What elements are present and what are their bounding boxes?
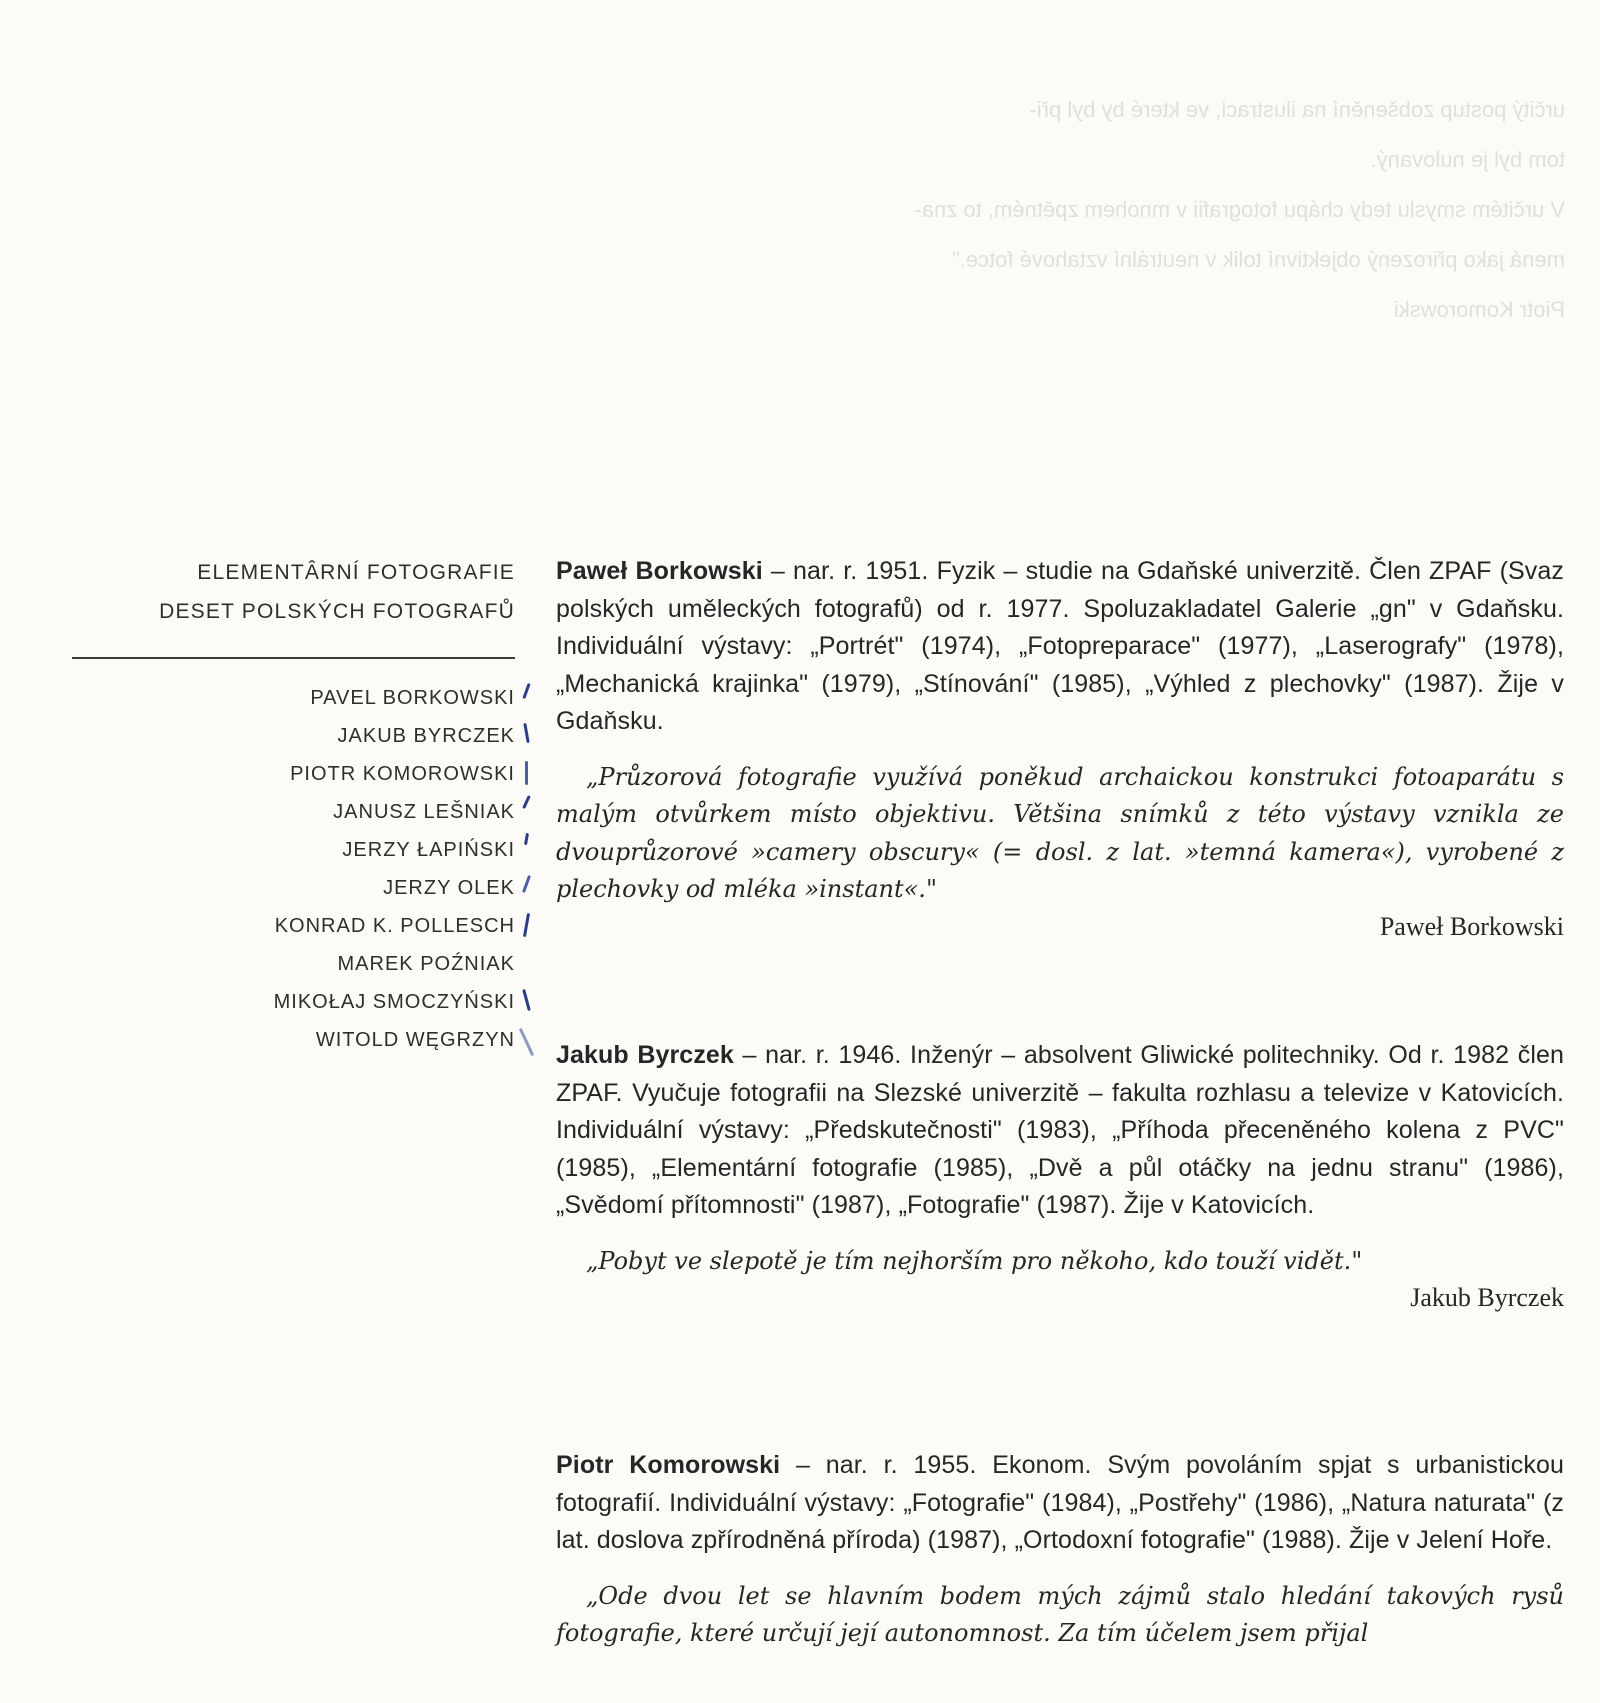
photographer-name-bold: Paweł Borkowski (556, 557, 763, 585)
photographer-item: JANUSZ LEŠNIAK (70, 793, 515, 831)
photographer-item: MAREK POŹNIAK (70, 945, 515, 983)
pen-tick-mark-icon (522, 683, 530, 699)
photographer-name: JERZY ŁAPIŃSKI (342, 839, 515, 861)
photographer-item: JERZY ŁAPIŃSKI (70, 831, 515, 869)
main-content: Paweł Borkowski – nar. r. 1951. Fyzik – … (556, 553, 1564, 1653)
photographer-name: JERZY OLEK (383, 877, 515, 899)
photographer-item: MIKOŁAJ SMOCZYŃSKI (70, 983, 515, 1021)
pen-tick-mark-icon (523, 913, 530, 937)
quote: „Ode dvou let se hlavním bodem mých zájm… (556, 1578, 1564, 1653)
series-title-line-2: DESET POLSKÝCH FOTOGRAFŮ (70, 592, 515, 631)
pen-tick-mark-icon (522, 875, 531, 893)
pen-tick-mark-icon (524, 833, 529, 845)
pen-tick-mark-icon (523, 723, 529, 743)
bleed-line: mená jako přirozený objektivní tolik v n… (555, 242, 1565, 278)
photographer-item: WITOLD WĘGRZYN (70, 1021, 515, 1059)
photographer-name: JAKUB BYRCZEK (338, 725, 515, 747)
photographer-item: PIOTR KOMOROWSKI (70, 755, 515, 793)
pen-tick-mark-icon (519, 1028, 534, 1056)
entry-byrczek: Jakub Byrczek – nar. r. 1946. Inženýr – … (556, 1037, 1564, 1447)
bleed-line: určitý postup zobšenění na ilustraci, ve… (555, 92, 1565, 128)
pen-tick-mark-icon (522, 795, 531, 809)
photographer-item: JAKUB BYRCZEK (70, 717, 515, 755)
photographer-item: JERZY OLEK (70, 869, 515, 907)
quote: „Pobyt ve slepotě je tím nejhorším pro n… (556, 1243, 1564, 1281)
photographer-name-bold: Piotr Komorowski (556, 1451, 780, 1479)
quote-signature: Paweł Borkowski (556, 909, 1564, 945)
bleed-through-text: určitý postup zobšenění na ilustraci, ve… (555, 92, 1565, 342)
photographer-name: PAVEL BORKOWSKI (310, 687, 515, 709)
photographer-list: PAVEL BORKOWSKI JAKUB BYRCZEK PIOTR KOMO… (70, 679, 515, 1059)
divider-rule (72, 657, 515, 659)
entry-borkowski: Paweł Borkowski – nar. r. 1951. Fyzik – … (556, 553, 1564, 1037)
bleed-line: V určitém smyslu tedy chápu fotografii v… (555, 192, 1565, 228)
pen-tick-mark-icon (522, 989, 531, 1011)
bio-paragraph: Jakub Byrczek – nar. r. 1946. Inženýr – … (556, 1037, 1564, 1225)
photographer-name-bold: Jakub Byrczek (556, 1041, 734, 1069)
bio-paragraph: Piotr Komorowski – nar. r. 1955. Ekonom.… (556, 1447, 1564, 1560)
photographer-name: KONRAD K. POLLESCH (275, 915, 515, 937)
quote: „Průzorová fotografie využívá poněkud ar… (556, 759, 1564, 909)
bio-paragraph: Paweł Borkowski – nar. r. 1951. Fyzik – … (556, 553, 1564, 741)
photographer-item: KONRAD K. POLLESCH (70, 907, 515, 945)
photographer-name: MIKOŁAJ SMOCZYŃSKI (274, 991, 515, 1013)
pen-tick-mark-icon (525, 761, 528, 785)
photographer-name: PIOTR KOMOROWSKI (290, 763, 515, 785)
entry-komorowski: Piotr Komorowski – nar. r. 1955. Ekonom.… (556, 1447, 1564, 1653)
photographer-name: JANUSZ LEŠNIAK (333, 801, 515, 823)
quote-signature: Jakub Byrczek (556, 1280, 1564, 1316)
series-title-line-1: ELEMENTÂRNÍ FOTOGRAFIE (70, 553, 515, 592)
photographer-item: PAVEL BORKOWSKI (70, 679, 515, 717)
bleed-line: Piotr Komorowski (555, 292, 1565, 328)
bleed-line: tom byl je nulovaný. (555, 142, 1565, 178)
photographer-name: MAREK POŹNIAK (338, 953, 515, 975)
photographer-name: WITOLD WĘGRZYN (316, 1029, 515, 1051)
sidebar: ELEMENTÂRNÍ FOTOGRAFIE DESET POLSKÝCH FO… (70, 553, 515, 1059)
